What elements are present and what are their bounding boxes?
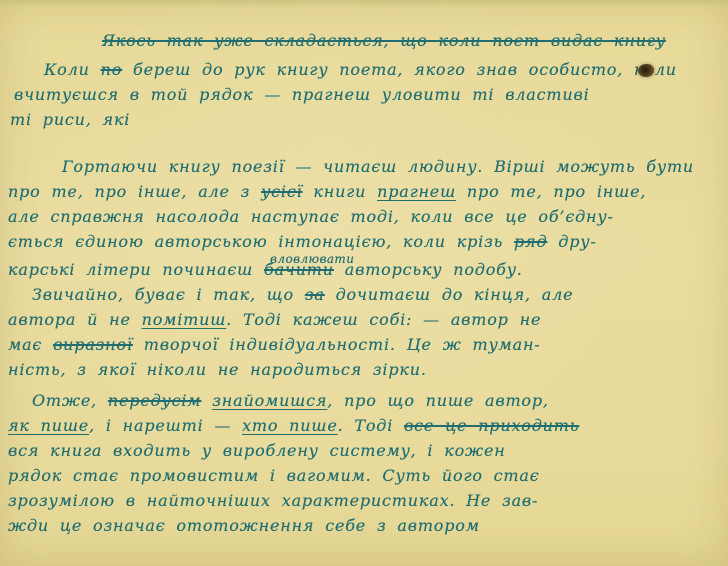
inserted-correction: вловлювати xyxy=(270,247,354,272)
handwritten-text: Гортаючи книгу поезії — читаєш людину. В… xyxy=(62,157,694,176)
handwritten-text: карські літери починаєш xyxy=(8,260,264,279)
handwritten-text: рядок стає промовистим і вагомим. Суть й… xyxy=(8,466,540,485)
handwritten-text: має xyxy=(8,335,53,354)
manuscript-line: Коли по береш до рук книгу поета, якого … xyxy=(6,57,724,82)
manuscript-line: про те, про інше, але з усієї книги праг… xyxy=(6,179,724,204)
handwritten-text: вся книга входить у вироблену систему, і… xyxy=(8,441,506,460)
handwritten-text: дру- xyxy=(547,232,596,251)
handwritten-text: . Тоді кажеш собі: — автор не xyxy=(226,310,541,329)
manuscript-line: жди це означає ототожнення себе з авторо… xyxy=(6,513,724,538)
manuscript-line: але справжня насолода наступає тоді, кол… xyxy=(6,204,724,229)
handwritten-text: , про що пише автор, xyxy=(327,391,548,410)
handwritten-text: ті риси, які xyxy=(10,110,130,129)
handwritten-text: дочитаєш до кінця, але xyxy=(325,285,574,304)
struck-text: по xyxy=(101,60,123,79)
manuscript-line: карські літери починаєш бачитивловлювати… xyxy=(6,257,724,282)
struck-text: бачитивловлювати xyxy=(264,260,334,279)
struck-text: виразної xyxy=(53,335,133,354)
manuscript-line: Звичайно, буває і так, що за дочитаєш до… xyxy=(6,282,724,307)
manuscript-line: Гортаючи книгу поезії — читаєш людину. В… xyxy=(6,154,724,179)
handwritten-text xyxy=(201,391,212,410)
handwritten-text: Звичайно, буває і так, що xyxy=(32,285,305,304)
manuscript-line: Отже, передусім знайомишся, про що пише … xyxy=(6,388,724,413)
handwritten-text: авторську подобу. xyxy=(334,260,523,279)
manuscript-line: має виразної творчої індивідуальності. Ц… xyxy=(6,332,724,357)
manuscript-line: автора й не помітиш. Тоді кажеш собі: — … xyxy=(6,307,724,332)
manuscript-line: ється єдиною авторською інтонацією, коли… xyxy=(6,229,724,254)
manuscript-line: вчитуєшся в той рядок — прагнеш уловити … xyxy=(6,82,724,107)
handwritten-text: книги xyxy=(303,182,378,201)
handwritten-text: береш до рук книгу поета, якого знав осо… xyxy=(122,60,677,79)
struck-text: ряд xyxy=(514,232,547,251)
handwritten-text: . Тоді xyxy=(338,416,404,435)
struck-text: все це приходить xyxy=(404,416,579,435)
struck-text: Якось так уже складається, що коли поет … xyxy=(102,31,666,50)
handwritten-text: Отже, xyxy=(32,391,108,410)
handwritten-text: зрозумілою в найточніших характеристиках… xyxy=(8,491,538,510)
manuscript-page: Якось так уже складається, що коли поет … xyxy=(0,0,728,566)
struck-text: передусім xyxy=(108,391,201,410)
handwritten-text: творчої індивідуальності. Це ж туман- xyxy=(133,335,541,354)
handwritten-text: ється єдиною авторською інтонацією, коли… xyxy=(8,232,514,251)
handwritten-text: жди це означає ототожнення себе з авторо… xyxy=(8,516,480,535)
manuscript-line: рядок стає промовистим і вагомим. Суть й… xyxy=(6,463,724,488)
handwritten-text: вчитуєшся в той рядок — прагнеш уловити … xyxy=(14,85,590,104)
handwritten-text: ність, з якої ніколи не народиться зірки… xyxy=(8,360,427,379)
manuscript-line: як пише, і нарешті — хто пише. Тоді все … xyxy=(6,413,724,438)
handwritten-text: як пише xyxy=(8,416,89,435)
manuscript-line: ті риси, які xyxy=(6,107,724,132)
handwritten-text: Коли xyxy=(44,60,101,79)
handwritten-text: , і нарешті — xyxy=(89,416,242,435)
handwritten-text: прагнеш xyxy=(377,182,456,201)
ink-blot xyxy=(638,64,654,77)
struck-text: за xyxy=(305,285,325,304)
handwritten-text: про те, про інше, але з xyxy=(8,182,261,201)
manuscript-line: зрозумілою в найточніших характеристиках… xyxy=(6,488,724,513)
manuscript-line: вся книга входить у вироблену систему, і… xyxy=(6,438,724,463)
manuscript-line: ність, з якої ніколи не народиться зірки… xyxy=(6,357,724,382)
struck-text: усієї xyxy=(261,182,302,201)
handwritten-text: знайомишся xyxy=(212,391,327,410)
handwritten-text: хто пише xyxy=(242,416,338,435)
handwritten-text: але справжня насолода наступає тоді, кол… xyxy=(8,207,614,226)
manuscript-lines: Якось так уже складається, що коли поет … xyxy=(6,24,724,538)
handwritten-text: помітиш xyxy=(142,310,227,329)
handwritten-text: про те, про інше, xyxy=(456,182,646,201)
manuscript-line: Якось так уже складається, що коли поет … xyxy=(6,28,724,53)
handwritten-text: автора й не xyxy=(8,310,142,329)
